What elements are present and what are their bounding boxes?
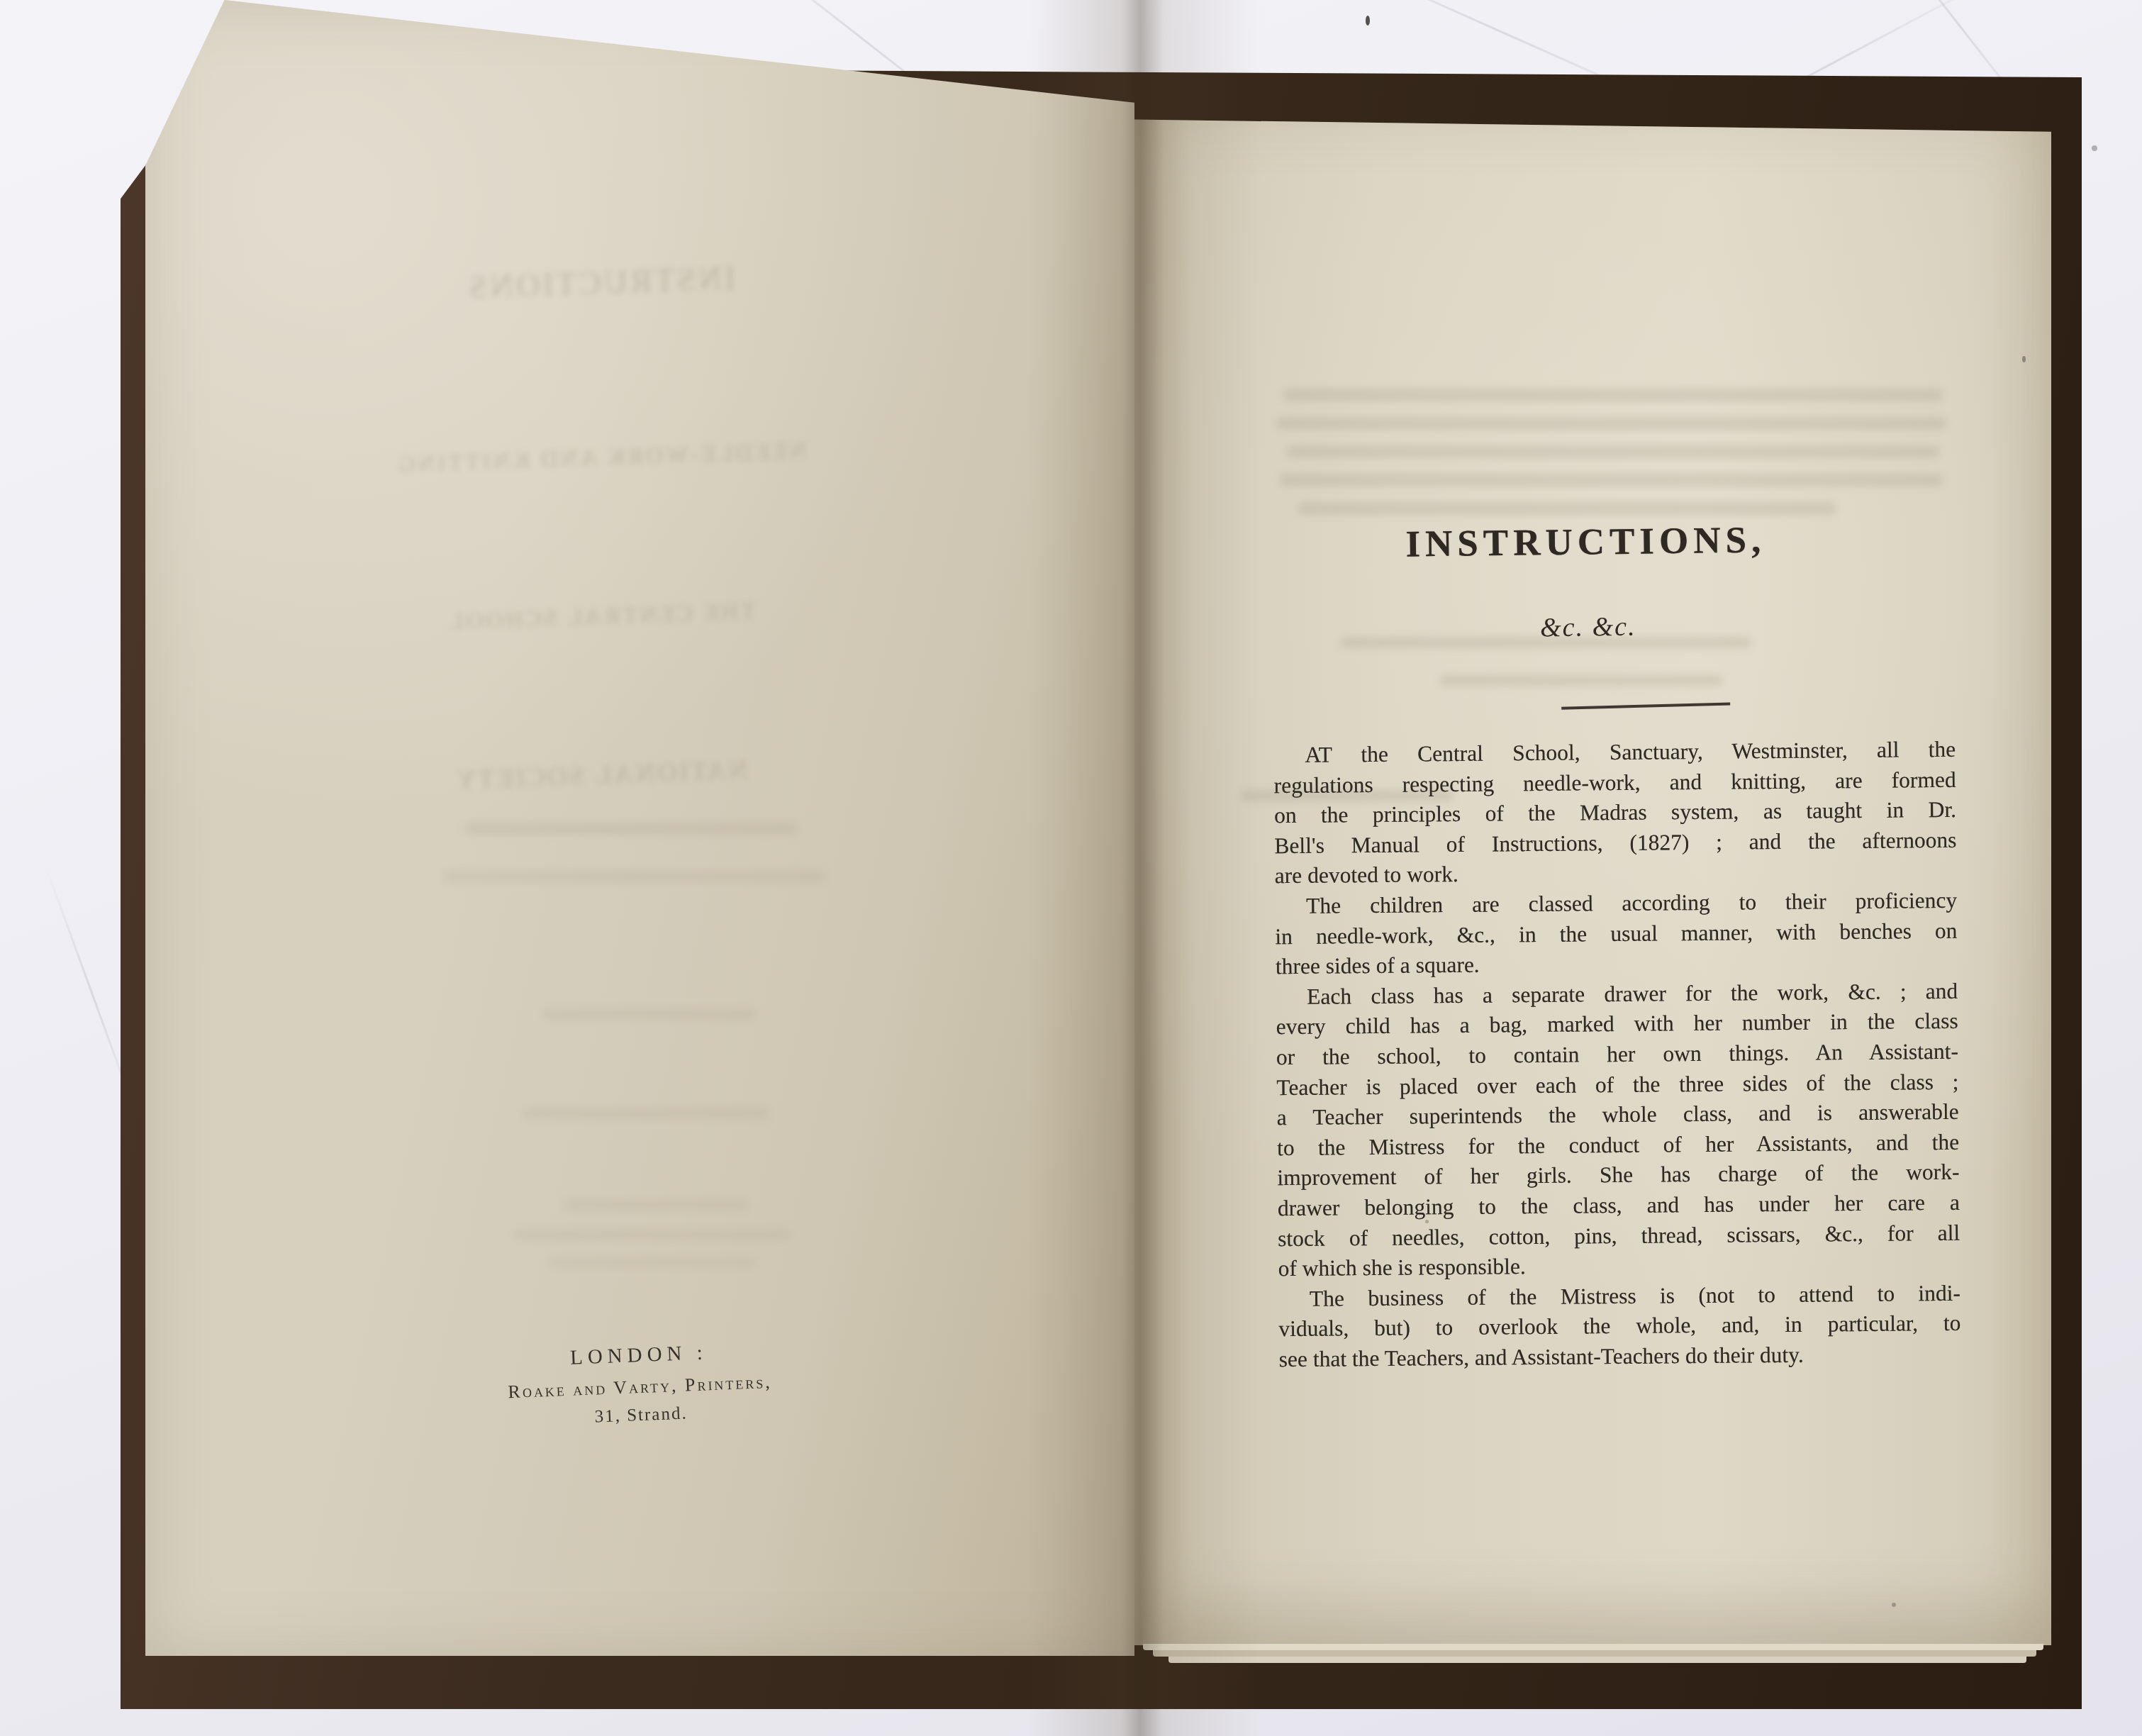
text-line: in needle-work, &c., in the usual manner…	[1275, 916, 1957, 952]
page-speck	[2022, 356, 2026, 362]
paragraph: The business of the Mistress is (not to …	[1278, 1278, 1961, 1374]
show-through-smudge	[1298, 502, 1836, 515]
paragraph: Each class has a separate drawer for the…	[1276, 976, 1960, 1284]
show-through-smudge	[1439, 675, 1723, 686]
page-speck	[1425, 1220, 1429, 1223]
show-through-smudge	[514, 1230, 791, 1240]
text-line: stock of needles, cotton, pins, thread, …	[1278, 1218, 1960, 1254]
show-through-title: INSTRUCTIONS	[145, 248, 1056, 318]
paragraph: AT the Central School, Sanctuary, Westmi…	[1273, 735, 1957, 891]
paragraph: The children are classed according to th…	[1275, 886, 1958, 982]
show-through-society-line: NATIONAL SOCIETY	[145, 745, 1057, 807]
printer-imprint: LONDON : Roake and Varty, Printers, 31, …	[144, 1325, 1135, 1444]
show-through-smudge	[1276, 417, 1946, 430]
heading-etcetera: &c. &c.	[1283, 608, 1894, 647]
book-photograph: { "left_page": { "show_through": { "line…	[0, 0, 2142, 1736]
show-through-smudge	[1287, 445, 1939, 458]
show-through-smudge	[1283, 389, 1943, 401]
show-through-smudge	[550, 1258, 755, 1267]
text-line: Bell's Manual of Instructions, (1827) ; …	[1274, 825, 1956, 862]
heading-rule	[1561, 702, 1730, 709]
text-line: see that the Teachers, and Assistant-Tea…	[1279, 1339, 1961, 1375]
show-through-smudge	[464, 823, 798, 835]
background-speck	[1366, 16, 1370, 26]
page-speck	[1892, 1603, 1896, 1607]
show-through-smudge	[1280, 474, 1943, 486]
body-text: AT the Central School, Sanctuary, Westmi…	[1273, 735, 1961, 1375]
left-page: INSTRUCTIONS NEEDLE-WORK AND KNITTING TH…	[145, 0, 1134, 1656]
show-through-school-line: THE CENTRAL SCHOOL	[145, 589, 1057, 647]
show-through-smudge	[564, 1200, 748, 1210]
show-through-subtitle: NEEDLE-WORK AND KNITTING	[145, 430, 1057, 488]
right-page: INSTRUCTIONS, &c. &c. AT the Central Sch…	[1134, 115, 2051, 1645]
background-speck	[2092, 145, 2097, 151]
page-edge	[1143, 1644, 2043, 1650]
page-edge	[1168, 1657, 2026, 1663]
show-through-smudge	[542, 1008, 755, 1020]
page-heading: INSTRUCTIONS,	[1281, 517, 1890, 567]
show-through-smudge	[443, 871, 826, 882]
text-line: viduals, but) to overlook the whole, and…	[1278, 1308, 1960, 1345]
page-edge	[1153, 1650, 2036, 1657]
show-through-smudge	[521, 1108, 769, 1119]
